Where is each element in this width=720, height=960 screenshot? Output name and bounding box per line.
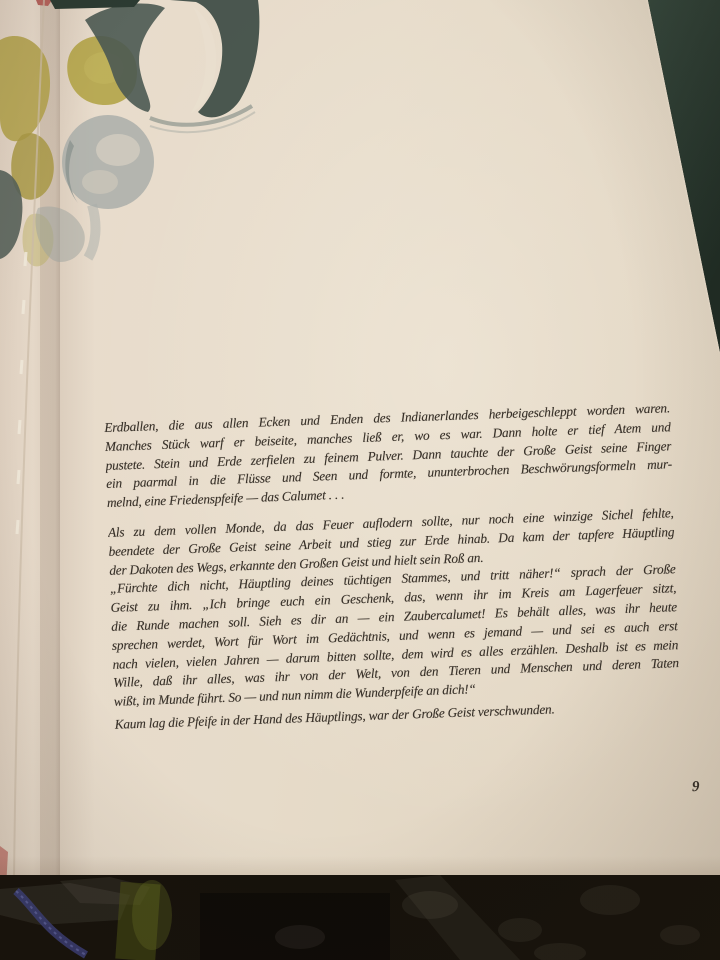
paragraph: Als zu dem vollen Monde, da das Feuer au… [108,504,680,712]
page-number: 9 [692,779,700,796]
stitching-thread [0,0,60,890]
sphere-light-1 [96,134,140,166]
green-object-glow [132,880,172,950]
book-page: Erdballen, die aus allen Ecken und Enden… [0,0,720,960]
wash-drip [88,205,95,258]
photo-frame: Erdballen, die aus allen Ecken und Enden… [0,0,720,960]
paragraph: Erdballen, die aus allen Ecken und Enden… [104,399,673,513]
background-objects [0,875,720,960]
body-text: Erdballen, die aus allen Ecken und Enden… [104,399,681,734]
sphere-light-2 [82,170,118,194]
